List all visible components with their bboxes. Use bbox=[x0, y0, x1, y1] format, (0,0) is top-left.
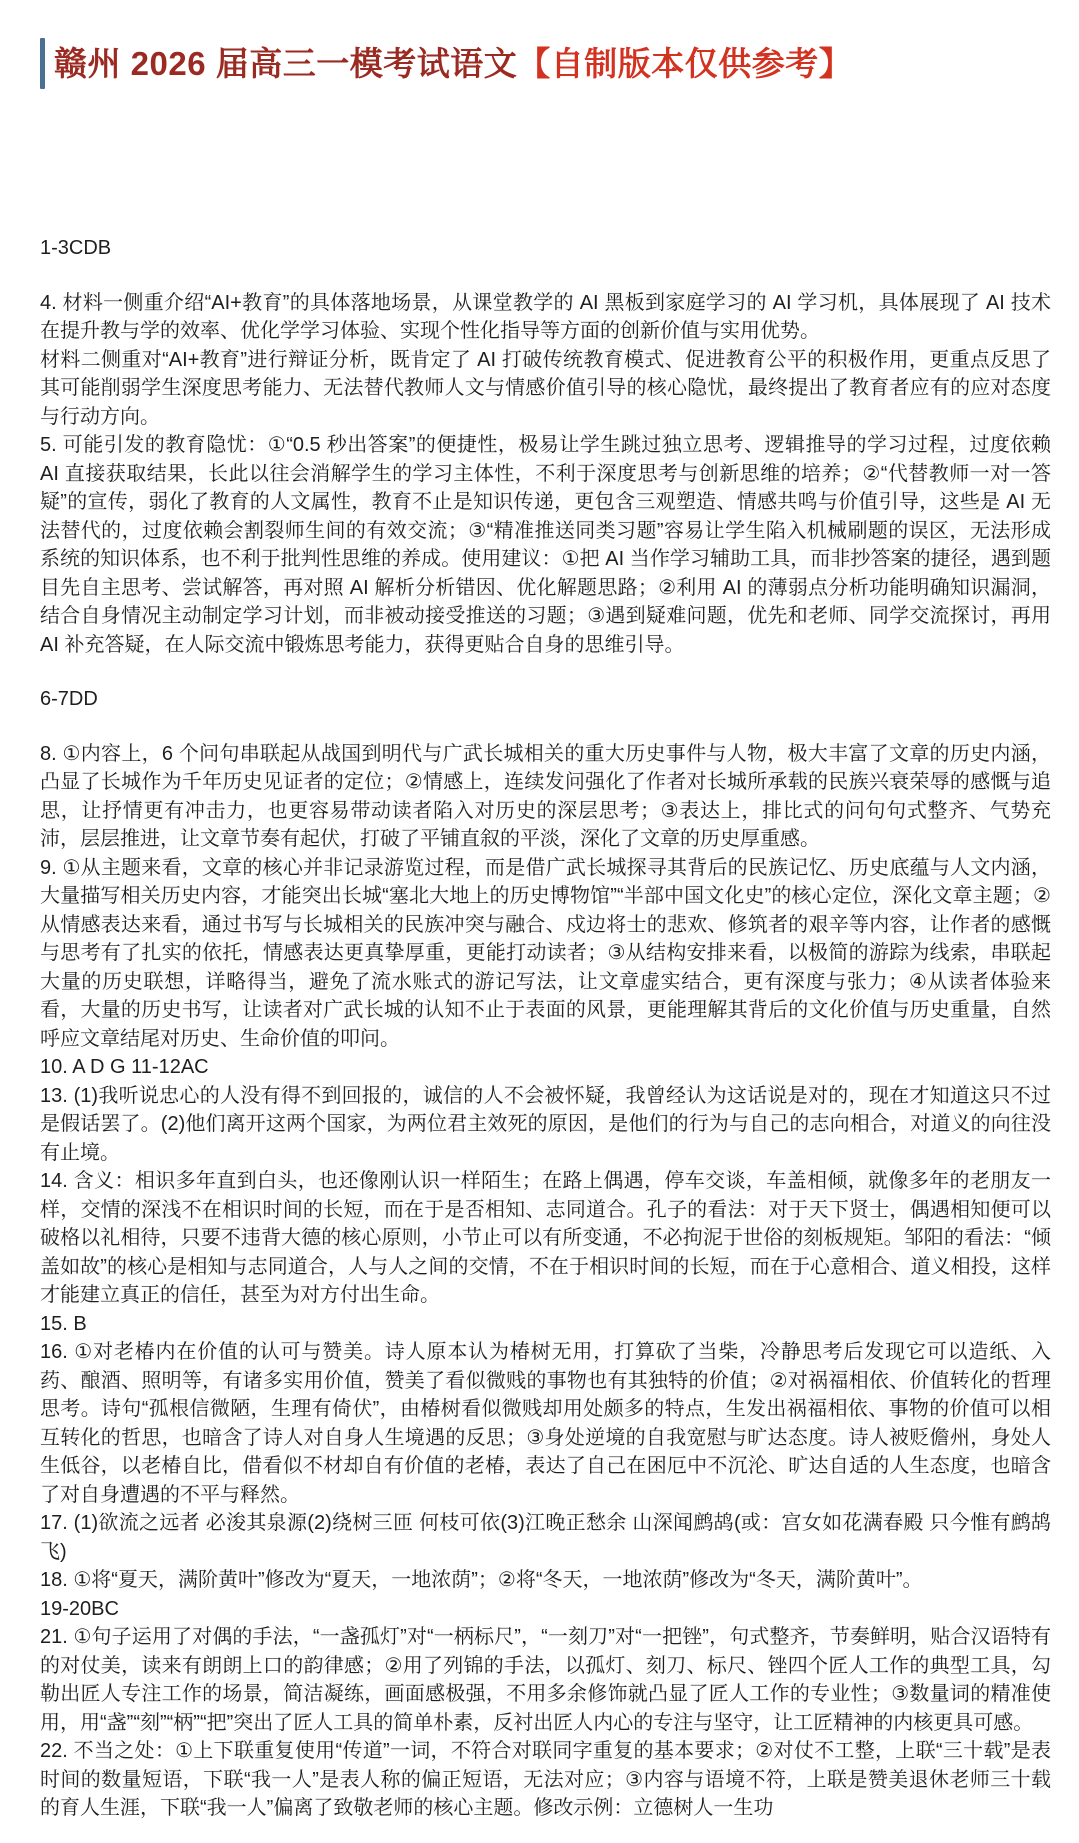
answer-16: 16. ①对老椿内在价值的认可与赞美。诗人原本认为椿树无用，打算砍了当柴，冷静思… bbox=[40, 1338, 1051, 1509]
title-main-text: 赣州 2026 届高三一模考试语文 bbox=[54, 45, 517, 82]
answer-14: 14. 含义：相识多年直到白头，也还像刚认识一样陌生；在路上偶遇，停车交谈，车盖… bbox=[40, 1167, 1051, 1310]
document-header: 赣州 2026 届高三一模考试语文【自制版本仅供参考】 bbox=[40, 38, 1051, 89]
answer-key-content: 1-3CDB 4. 材料一侧重介绍“AI+教育”的具体落地场景，从课堂教学的 A… bbox=[40, 234, 1051, 1823]
title-accent-bar bbox=[40, 38, 45, 89]
answer-15: 15. B bbox=[40, 1310, 1051, 1339]
answer-8: 8. ①内容上，6 个问句串联起从战国到明代与广武长城相关的重大历史事件与人物，… bbox=[40, 740, 1051, 854]
answer-10-12: 10. A D G 11-12AC bbox=[40, 1053, 1051, 1082]
answer-18: 18. ①将“夏天，满阶黄叶”修改为“夏天，一地浓荫”；②将“冬天，一地浓荫”修… bbox=[40, 1566, 1051, 1595]
answer-6-7: 6-7DD bbox=[40, 685, 1051, 714]
answer-1-3: 1-3CDB bbox=[40, 234, 1051, 263]
answer-5: 5. 可能引发的教育隐忧：①“0.5 秒出答案”的便捷性，极易让学生跳过独立思考… bbox=[40, 431, 1051, 659]
answer-22: 22. 不当之处：①上下联重复使用“传道”一词，不符合对联同字重复的基本要求；②… bbox=[40, 1737, 1051, 1823]
answer-4-part1: 4. 材料一侧重介绍“AI+教育”的具体落地场景，从课堂教学的 AI 黑板到家庭… bbox=[40, 289, 1051, 346]
answer-17: 17. (1)欲流之远者 必浚其泉源(2)绕树三匝 何枝可依(3)江晚正愁余 山… bbox=[40, 1509, 1051, 1566]
document-page: 赣州 2026 届高三一模考试语文【自制版本仅供参考】 1-3CDB 4. 材料… bbox=[0, 0, 1079, 1843]
answer-19-20: 19-20BC bbox=[40, 1595, 1051, 1624]
answer-13: 13. (1)我听说忠心的人没有得不到回报的，诚信的人不会被怀疑，我曾经认为这话… bbox=[40, 1082, 1051, 1168]
answer-9: 9. ①从主题来看，文章的核心并非记录游览过程，而是借广武长城探寻其背后的民族记… bbox=[40, 854, 1051, 1054]
title-bracket-text: 【自制版本仅供参考】 bbox=[517, 45, 852, 82]
answer-4-part2: 材料二侧重对“AI+教育”进行辩证分析，既肯定了 AI 打破传统教育模式、促进教… bbox=[40, 346, 1051, 432]
page-title: 赣州 2026 届高三一模考试语文【自制版本仅供参考】 bbox=[54, 38, 852, 89]
answer-21: 21. ①句子运用了对偶的手法，“一盏孤灯”对“一柄标尺”，“一刻刀”对“一把锉… bbox=[40, 1623, 1051, 1737]
